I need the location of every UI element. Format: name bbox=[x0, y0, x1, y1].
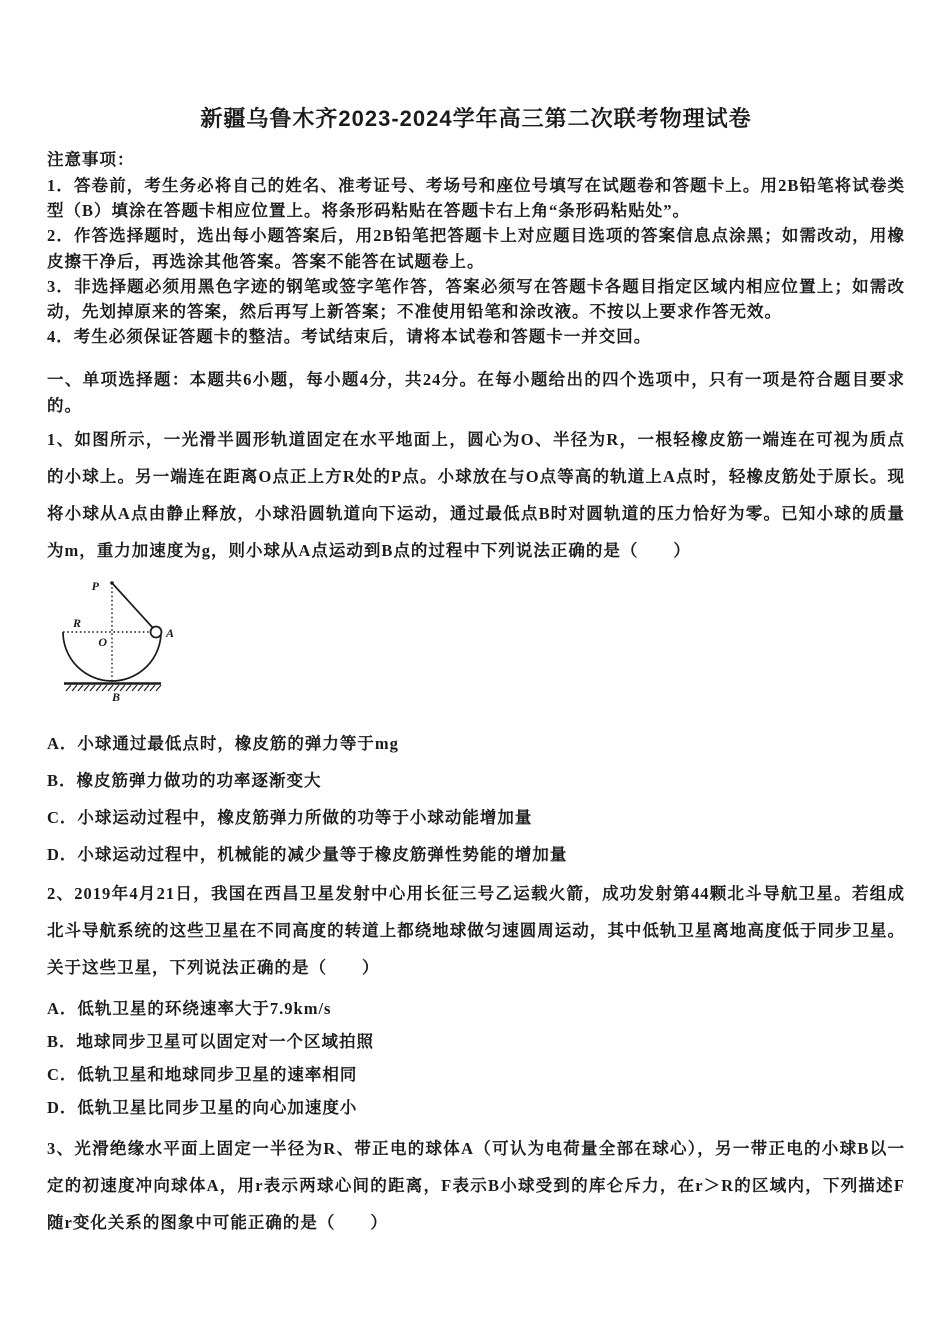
question-1-option-d: D．小球运动过程中，机械能的减少量等于橡皮筋弹性势能的增加量 bbox=[47, 836, 905, 873]
question-1-stem: 1、如图所示，一光滑半圆形轨道固定在水平地面上，圆心为O、半径为R，一根轻橡皮筋… bbox=[47, 421, 905, 569]
question-2-stem: 2、2019年4月21日，我国在西昌卫星发射中心用长征三号乙运载火箭，成功发射第… bbox=[47, 875, 905, 986]
question-2: 2、2019年4月21日，我国在西昌卫星发射中心用长征三号乙运载火箭，成功发射第… bbox=[47, 875, 905, 1124]
notice-item-4: 4．考生必须保证答题卡的整洁。考试结束后，请将本试卷和答题卡一并交回。 bbox=[47, 324, 905, 349]
question-1-option-a: A．小球通过最低点时，橡皮筋的弹力等于mg bbox=[47, 725, 905, 762]
question-3: 3、光滑绝缘水平面上固定一半径为R、带正电的球体A（可认为电荷量全部在球心），另… bbox=[47, 1130, 905, 1241]
ball-at-A bbox=[151, 627, 162, 638]
question-2-option-b: B．地球同步卫星可以固定对一个区域拍照 bbox=[47, 1025, 905, 1058]
figure-label-A: A bbox=[165, 626, 174, 640]
question-2-option-c: C．低轨卫星和地球同步卫星的速率相同 bbox=[47, 1058, 905, 1091]
notice-item-3: 3．非选择题必须用黑色字迹的钢笔或签字笔作答，答案必须写在答题卡各题目指定区域内… bbox=[47, 274, 905, 324]
figure-label-B: B bbox=[111, 690, 120, 704]
question-2-options: A．低轨卫星的环绕速率大于7.9km/s B．地球同步卫星可以固定对一个区域拍照… bbox=[47, 992, 905, 1124]
figure-label-O: O bbox=[98, 635, 107, 649]
question-2-option-d: D．低轨卫星比同步卫星的向心加速度小 bbox=[47, 1091, 905, 1124]
section-heading: 一、单项选择题：本题共6小题，每小题4分，共24分。在每小题给出的四个选项中，只… bbox=[47, 367, 905, 419]
question-1: 1、如图所示，一光滑半圆形轨道固定在水平地面上，圆心为O、半径为R，一根轻橡皮筋… bbox=[47, 421, 905, 873]
question-1-option-c: C．小球运动过程中，橡皮筋弹力所做的功等于小球动能增加量 bbox=[47, 799, 905, 836]
exam-page: 新疆乌鲁木齐2023-2024学年高三第二次联考物理试卷 注意事项： 1．答卷前… bbox=[0, 0, 950, 1344]
figure-label-P: P bbox=[92, 579, 100, 593]
page-title: 新疆乌鲁木齐2023-2024学年高三第二次联考物理试卷 bbox=[47, 104, 905, 134]
semicircle-track-diagram: P R O A B bbox=[47, 575, 203, 707]
figure-label-R: R bbox=[72, 616, 81, 630]
notice-heading: 注意事项： bbox=[47, 147, 905, 173]
notice-section: 注意事项： 1．答卷前，考生务必将自己的姓名、准考证号、考场号和座位号填写在试题… bbox=[47, 147, 905, 349]
question-3-stem: 3、光滑绝缘水平面上固定一半径为R、带正电的球体A（可认为电荷量全部在球心），另… bbox=[47, 1130, 905, 1241]
semicircular-track bbox=[63, 632, 161, 681]
rubber-band-line bbox=[112, 583, 153, 628]
question-1-options: A．小球通过最低点时，橡皮筋的弹力等于mg B．橡皮筋弹力做功的功率逐渐变大 C… bbox=[47, 725, 905, 873]
question-1-option-b: B．橡皮筋弹力做功的功率逐渐变大 bbox=[47, 762, 905, 799]
question-1-figure: P R O A B bbox=[47, 575, 203, 707]
notice-item-1: 1．答卷前，考生务必将自己的姓名、准考证号、考场号和座位号填写在试题卷和答题卡上… bbox=[47, 173, 905, 223]
question-2-option-a: A．低轨卫星的环绕速率大于7.9km/s bbox=[47, 992, 905, 1025]
notice-item-2: 2．作答选择题时，选出每小题答案后，用2B铅笔把答题卡上对应题目选项的答案信息点… bbox=[47, 223, 905, 273]
point-P-dot bbox=[110, 582, 114, 586]
